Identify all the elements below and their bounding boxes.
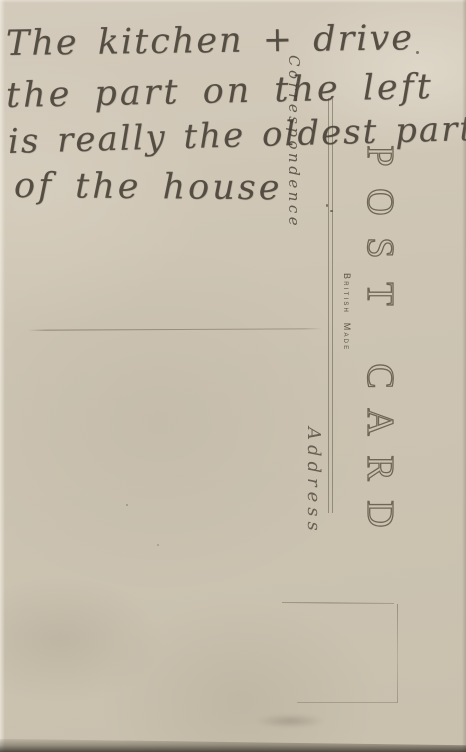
title-letter-o: O xyxy=(358,185,402,219)
title-letter-t: T xyxy=(358,277,402,311)
paper-speck xyxy=(326,204,328,207)
address-label: Address xyxy=(303,427,324,536)
title-letter-a: A xyxy=(358,405,402,439)
stamp-box-right-edge xyxy=(397,604,398,703)
pencil-rule-line xyxy=(28,328,322,331)
handwritten-message-line-2: the part on the left xyxy=(6,67,434,116)
paper-speck xyxy=(330,210,333,212)
postcard-back: The kitchen + drive the part on the left… xyxy=(0,0,466,752)
scan-edge-bottom xyxy=(0,737,466,752)
divider-rule xyxy=(328,98,333,513)
title-letter-c: C xyxy=(358,359,402,393)
stamp-box-bottom-edge xyxy=(297,702,397,703)
title-letter-r: R xyxy=(358,451,402,485)
paper-smudge xyxy=(255,714,325,728)
stamp-box-top-edge xyxy=(282,602,394,604)
title-letter-s: S xyxy=(358,231,402,265)
handwritten-message-line-1: The kitchen + drive xyxy=(6,18,415,64)
title-letter-d: D xyxy=(358,497,402,531)
scan-edge-right xyxy=(462,0,466,752)
paper-speck xyxy=(416,51,419,54)
paper-speck xyxy=(157,544,159,546)
scan-edge-left xyxy=(0,0,5,752)
scan-edge-top xyxy=(0,0,466,3)
handwritten-message-line-4: of the house xyxy=(14,166,283,208)
paper-speck xyxy=(126,504,128,506)
british-made-label: British Made xyxy=(341,273,353,351)
postcard-title: P O S T C A R D xyxy=(358,139,402,531)
